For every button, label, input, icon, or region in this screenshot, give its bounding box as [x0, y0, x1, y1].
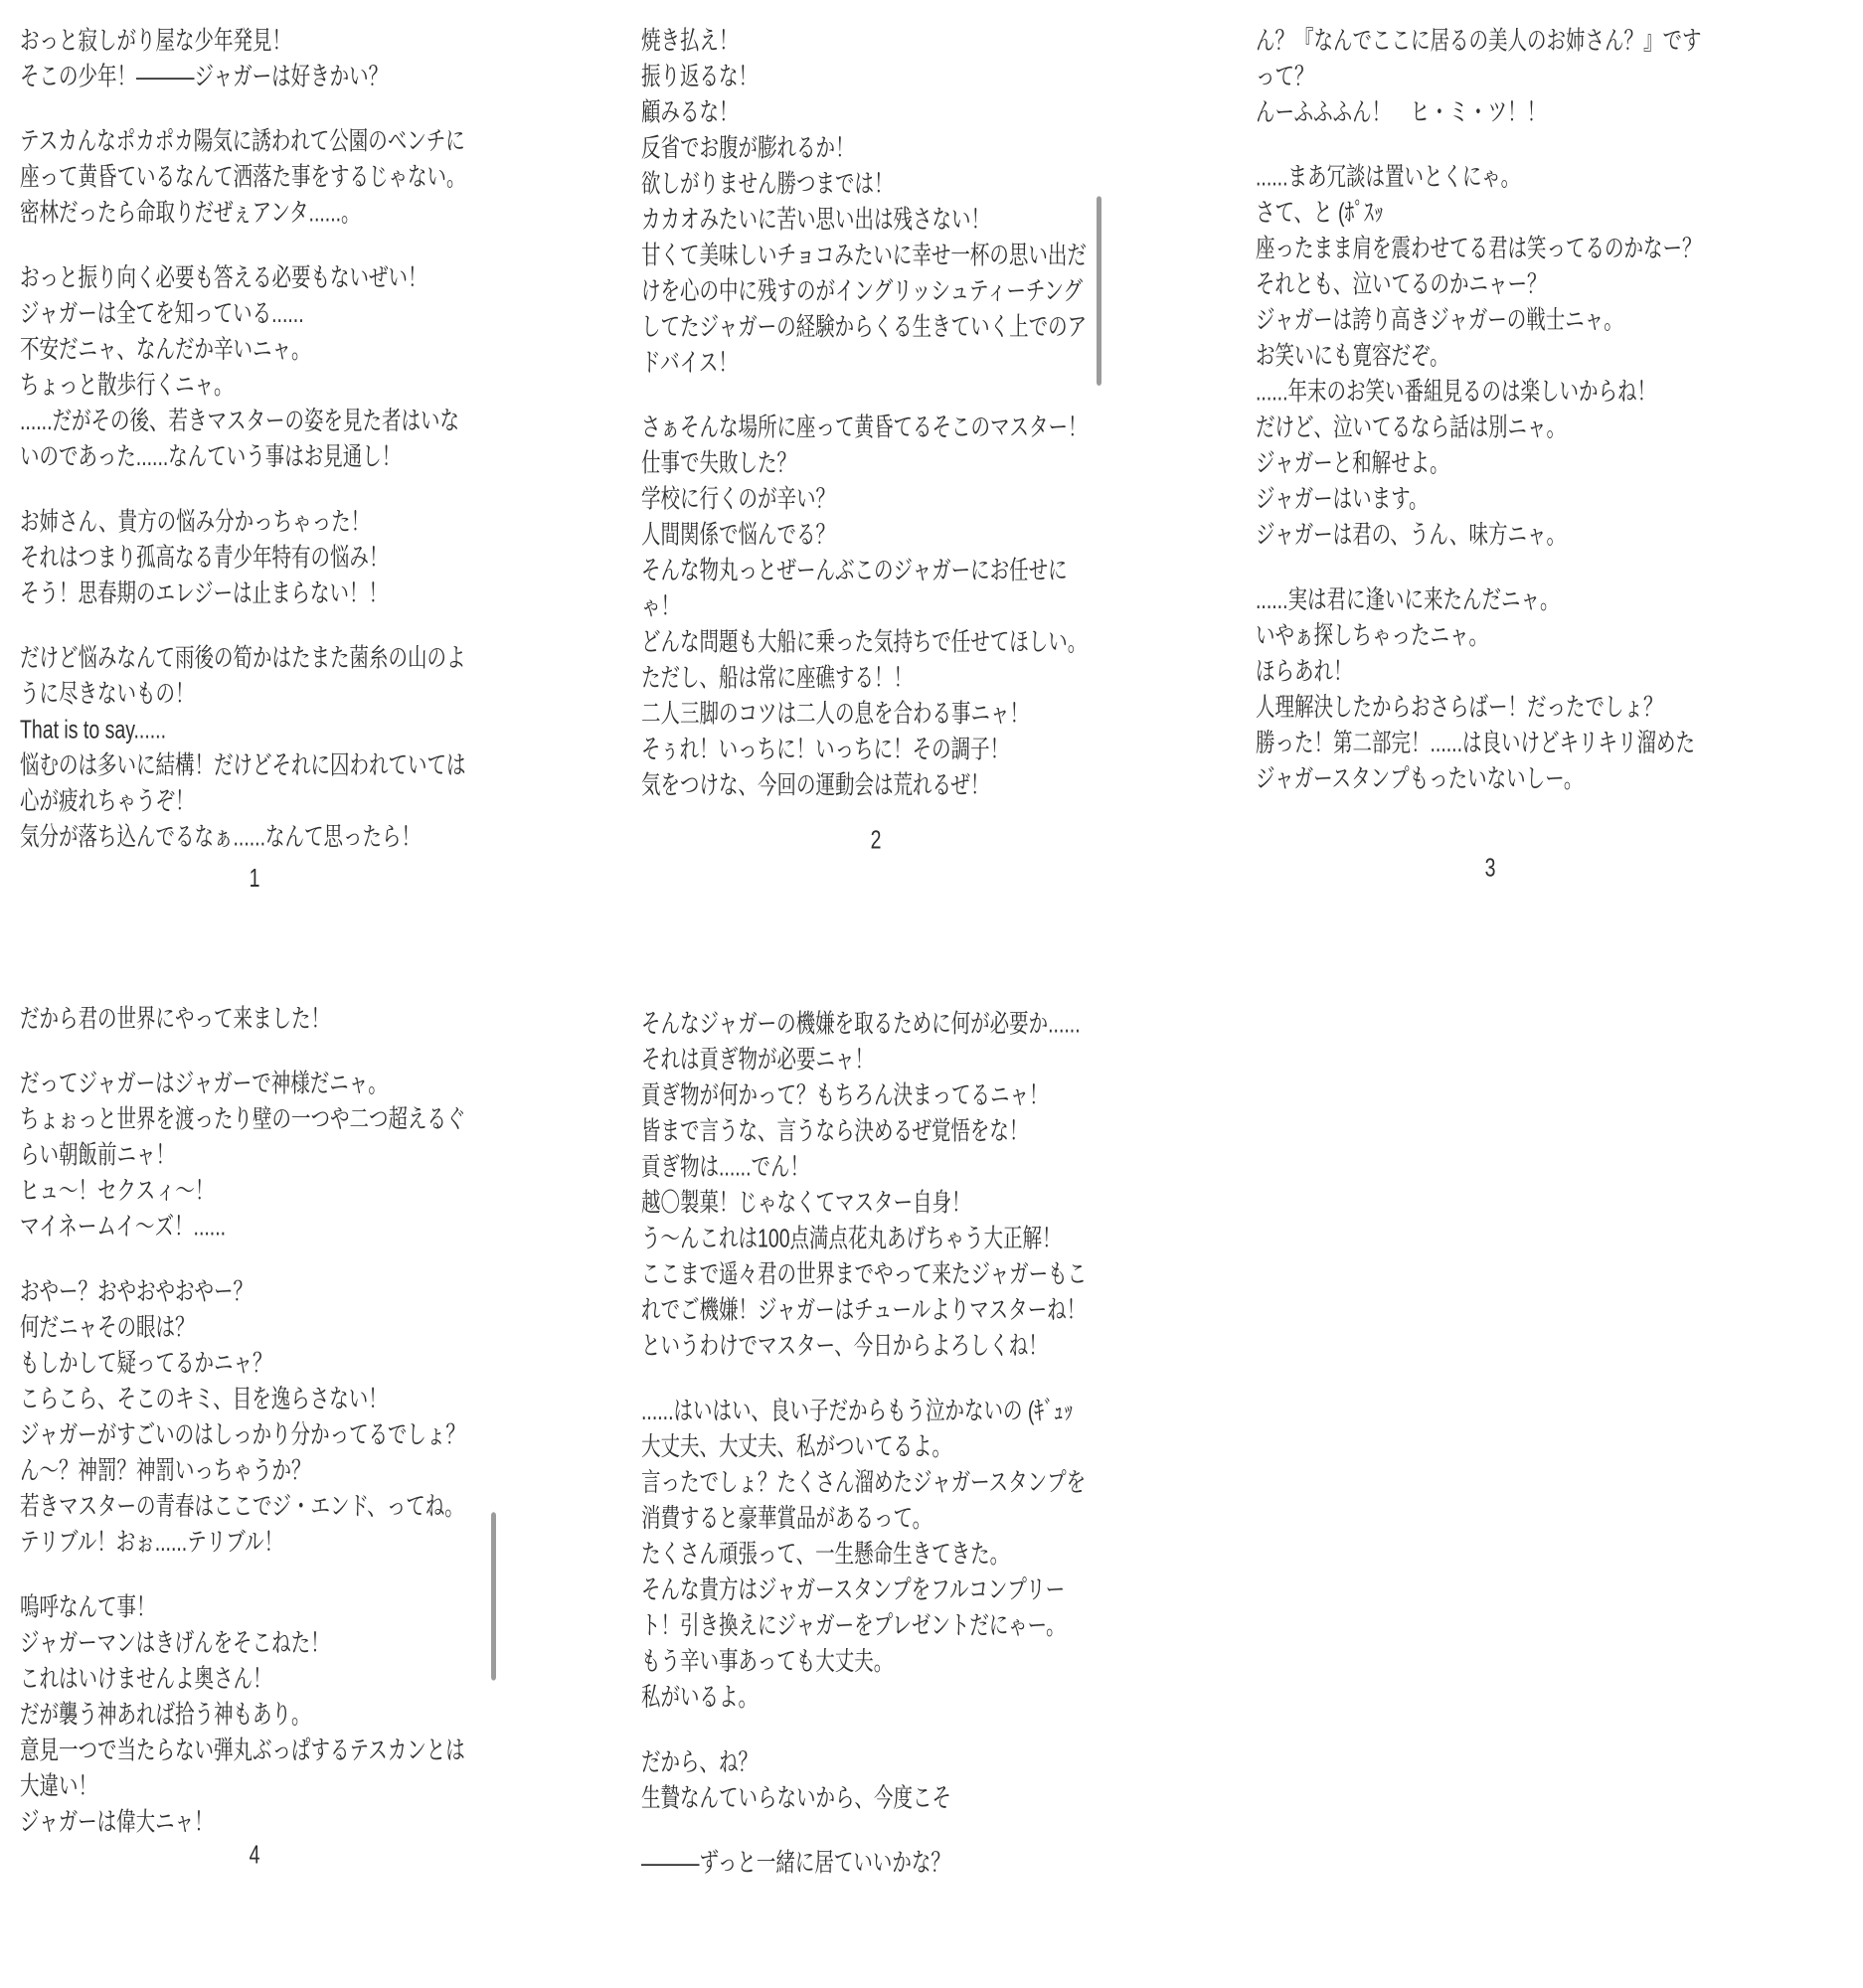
text-line: いやぁ探しちゃったニャ。 — [1256, 619, 1753, 655]
text-line: 人理解決したからおさらばー！だったでしょ？ — [1256, 691, 1753, 727]
text-line: そう！思春期のエレジーは止まらない！！ — [20, 577, 517, 612]
text-line: そんなジャガーの機嫌を取るために何が必要か...... — [641, 1007, 1138, 1043]
text-line: 密林だったら命取りだぜぇアンタ......。 — [20, 196, 517, 232]
text-line: いのであった......なんていう事はお見通し！ — [20, 440, 517, 476]
text-line: 大丈夫、大丈夫、私がついてるよ。 — [641, 1430, 1138, 1466]
text-line: 意見一つで当たらない弾丸ぶっぱするテスカンとは — [20, 1734, 517, 1769]
page-3-text: ん？『なんでここに居るの美人のお姉さん？』ですって？んーふふふん！ ヒ・ミ・ツ！… — [1256, 24, 1753, 798]
text-line: そんな貴方はジャガースタンプをフルコンプリー — [641, 1574, 1138, 1609]
text-line: 座ったまま肩を震わせてる君は笑ってるのかなー？ — [1256, 232, 1753, 267]
text-line: おやー？おやおやおやー？ — [20, 1275, 517, 1311]
page-edge-divider-bottom — [491, 1512, 496, 1680]
text-line: テリブル！おぉ......テリブル！ — [20, 1526, 517, 1562]
text-line: That is to say...... — [20, 713, 517, 748]
text-line: マイネームイ～ズ！...... — [20, 1210, 517, 1245]
text-line: 気をつけな、今回の運動会は荒れるぜ！ — [641, 768, 1138, 804]
text-line: 不安だニャ、なんだか辛いニャ。 — [20, 333, 517, 369]
document-content: おっと寂しがり屋な少年発見！そこの少年！―――ジャガーは好きかい？テスカんなポカ… — [0, 0, 1863, 1988]
text-line: たくさん頑張って、一生懸命生きてきた。 — [641, 1538, 1138, 1574]
text-line: おっと振り向く必要も答える必要もないぜい！ — [20, 261, 517, 297]
page-1: おっと寂しがり屋な少年発見！そこの少年！―――ジャガーは好きかい？テスカんなポカ… — [20, 24, 517, 856]
text-line: ジャガーと和解せよ。 — [1256, 446, 1753, 482]
blank-line — [641, 1817, 1138, 1846]
text-line: ジャガーがすごいのはしっかり分かってるでしょ？ — [20, 1418, 517, 1454]
text-line: ん？『なんでここに居るの美人のお姉さん？』です — [1256, 24, 1753, 60]
text-line: 言ったでしょ？たくさん溜めたジャガースタンプを — [641, 1466, 1138, 1502]
text-line: お笑いにも寛容だぞ。 — [1256, 339, 1753, 375]
page-2-number: 2 — [641, 824, 1110, 856]
text-line: 二人三脚のコツは二人の息を合わる事ニャ！ — [641, 697, 1138, 733]
text-line: ちょぉっと世界を渡ったり壁の一つや二つ超えるぐ — [20, 1102, 517, 1138]
text-line: そんな物丸っとぜーんぶこのジャガーにお任せに — [641, 554, 1138, 589]
text-line: どんな問題も大船に乗った気持ちで任せてほしい。 — [641, 625, 1138, 661]
text-line: ジャガーは君の、うん、味方ニャ。 — [1256, 518, 1753, 554]
text-line: ......だがその後、若きマスターの姿を見た者はいな — [20, 405, 517, 440]
blank-line — [20, 1038, 517, 1067]
blank-line — [20, 95, 517, 124]
page-edge-divider-top — [1097, 196, 1101, 386]
text-line: もう辛い事あっても大丈夫。 — [641, 1645, 1138, 1681]
page-1-text: おっと寂しがり屋な少年発見！そこの少年！―――ジャガーは好きかい？テスカんなポカ… — [20, 24, 517, 856]
text-line: って？ — [1256, 60, 1753, 95]
text-line: ジャガーはいます。 — [1256, 482, 1753, 518]
text-line: 反省でお腹が膨れるか！ — [641, 131, 1138, 167]
text-line: だけど、泣いてるなら話は別ニャ。 — [1256, 411, 1753, 446]
text-line: 消費すると豪華賞品があるって。 — [641, 1502, 1138, 1538]
text-line: ト！引き換えにジャガーをプレゼントだにゃー。 — [641, 1609, 1138, 1645]
page-2: 焼き払え！振り返るな！顧みるな！反省でお腹が膨れるか！欲しがりません勝つまでは！… — [641, 24, 1138, 804]
text-line: う～んこれは100点満点花丸あげちゃう大正解！ — [641, 1222, 1138, 1257]
page-4-number: 4 — [20, 1840, 489, 1872]
text-line: ちょっと散歩行くニャ。 — [20, 369, 517, 405]
text-line: ジャガースタンプもったいないしー。 — [1256, 762, 1753, 798]
text-line: というわけでマスター、今日からよろしくね！ — [641, 1329, 1138, 1365]
text-line: 私がいるよ。 — [641, 1681, 1138, 1717]
blank-line — [641, 1365, 1138, 1394]
page-4: だから君の世界にやって来ました！だってジャガーはジャガーで神様だニャ。ちょぉっと… — [20, 1002, 517, 1841]
text-line: 越〇製菓！じゃなくてマスター自身！ — [641, 1186, 1138, 1222]
text-line: 顧みるな！ — [641, 95, 1138, 131]
text-line: ヒュ～！セクスィ～！ — [20, 1174, 517, 1210]
blank-line — [1256, 131, 1753, 160]
text-line: だってジャガーはジャガーで神様だニャ。 — [20, 1067, 517, 1102]
page-5-text: そんなジャガーの機嫌を取るために何が必要か......それは貢ぎ物が必要ニャ！貢… — [641, 1007, 1138, 1882]
text-line: 欲しがりません勝つまでは！ — [641, 167, 1138, 203]
text-line: ―――ずっと一緒に居ていいかな？ — [641, 1846, 1138, 1882]
text-line: そぅれ！いっちに！いっちに！その調子！ — [641, 733, 1138, 768]
blank-line — [20, 476, 517, 505]
text-line: だけど悩みなんて雨後の筍かはたまた菌糸の山のよ — [20, 641, 517, 677]
text-line: おっと寂しがり屋な少年発見！ — [20, 24, 517, 60]
text-line: ......はいはい、良い子だからもう泣かないの (ｷﾞｭｯ — [641, 1395, 1138, 1430]
text-line: ジャガーは偉大ニャ！ — [20, 1805, 517, 1841]
text-line: だから、ね？ — [641, 1745, 1138, 1781]
page-3-number: 3 — [1256, 852, 1725, 884]
text-line: もしかして疑ってるかニャ？ — [20, 1347, 517, 1383]
text-line: それはつまり孤高なる青少年特有の悩み！ — [20, 541, 517, 577]
text-line: さぁそんな場所に座って黄昏てるそこのマスター！ — [641, 411, 1138, 446]
text-line: ん～？神罰？神罰いっちゃうか？ — [20, 1454, 517, 1490]
text-line: だから君の世界にやって来ました！ — [20, 1002, 517, 1038]
page-1-number: 1 — [20, 863, 489, 895]
blank-line — [20, 232, 517, 260]
page-3: ん？『なんでここに居るの美人のお姉さん？』ですって？んーふふふん！ ヒ・ミ・ツ！… — [1256, 24, 1753, 798]
text-line: だが襲う神あれば拾う神もあり。 — [20, 1698, 517, 1734]
text-line: それとも、泣いてるのかニャー？ — [1256, 267, 1753, 303]
text-line: してたジャガーの経験からくる生きていく上でのア — [641, 310, 1138, 346]
text-line: さて、と (ﾎﾟｽｯ — [1256, 196, 1753, 232]
page-2-text: 焼き払え！振り返るな！顧みるな！反省でお腹が膨れるか！欲しがりません勝つまでは！… — [641, 24, 1138, 804]
blank-line — [20, 612, 517, 641]
text-line: お姉さん、貴方の悩み分かっちゃった！ — [20, 505, 517, 541]
text-line: 勝った！第二部完！......は良いけどキリキリ溜めた — [1256, 727, 1753, 762]
text-line: ここまで遥々君の世界までやって来たジャガーもこ — [641, 1257, 1138, 1293]
text-line: ......まあ冗談は置いとくにゃ。 — [1256, 160, 1753, 196]
text-line: 若きマスターの青春はここでジ・エンド、ってね。 — [20, 1490, 517, 1526]
text-line: それは貢ぎ物が必要ニャ！ — [641, 1043, 1138, 1078]
text-line: カカオみたいに苦い思い出は残さない！ — [641, 203, 1138, 239]
text-line: 大違い！ — [20, 1769, 517, 1805]
text-line: 甘くて美味しいチョコみたいに幸せ一杯の思い出だ — [641, 239, 1138, 274]
text-line: 仕事で失敗した？ — [641, 446, 1138, 482]
text-line: ジャガーマンはきげんをそこねた！ — [20, 1626, 517, 1662]
text-line: 心が疲れちゃうぞ！ — [20, 784, 517, 820]
text-line: ジャガーは誇り高きジャガーの戦士ニャ。 — [1256, 303, 1753, 339]
text-line: 何だニャその眼は？ — [20, 1311, 517, 1347]
blank-line — [641, 382, 1138, 411]
text-line: 貢ぎ物は......でん！ — [641, 1150, 1138, 1186]
text-line: 皆まで言うな、言うなら決めるぜ覚悟をな！ — [641, 1114, 1138, 1150]
text-line: これはいけませんよ奥さん！ — [20, 1662, 517, 1698]
blank-line — [20, 1562, 517, 1590]
text-line: 生贄なんていらないから、今度こそ — [641, 1781, 1138, 1817]
text-line: んーふふふん！ ヒ・ミ・ツ！！ — [1256, 95, 1753, 131]
blank-line — [641, 1717, 1138, 1745]
text-line: ジャガーは全てを知っている...... — [20, 297, 517, 333]
text-line: 振り返るな！ — [641, 60, 1138, 95]
text-line: 悩むのは多いに結構！だけどそれに囚われていては — [20, 748, 517, 784]
document-canvas: おっと寂しがり屋な少年発見！そこの少年！―――ジャガーは好きかい？テスカんなポカ… — [0, 0, 1863, 1988]
text-line: 焼き払え！ — [641, 24, 1138, 60]
text-line: ゃ！ — [641, 589, 1138, 625]
text-line: うに尽きないもの！ — [20, 677, 517, 713]
text-line: そこの少年！―――ジャガーは好きかい？ — [20, 60, 517, 95]
text-line: 人間関係で悩んでる？ — [641, 518, 1138, 554]
text-line: こらこら、そこのキミ、目を逸らさない！ — [20, 1383, 517, 1418]
text-line: テスカんなポカポカ陽気に誘われて公園のベンチに — [20, 124, 517, 160]
text-line: ただし、船は常に座礁する！！ — [641, 661, 1138, 697]
text-line: 嗚呼なんて事！ — [20, 1590, 517, 1626]
page-4-text: だから君の世界にやって来ました！だってジャガーはジャガーで神様だニャ。ちょぉっと… — [20, 1002, 517, 1841]
blank-line — [1256, 554, 1753, 582]
text-line: れでご機嫌！ジャガーはチュールよりマスターね！ — [641, 1293, 1138, 1329]
blank-line — [20, 1245, 517, 1274]
text-line: 気分が落ち込んでるなぁ......なんて思ったら！ — [20, 820, 517, 856]
page-5: そんなジャガーの機嫌を取るために何が必要か......それは貢ぎ物が必要ニャ！貢… — [641, 1007, 1138, 1882]
text-line: 座って黄昏ているなんて洒落た事をするじゃない。 — [20, 160, 517, 196]
text-line: ドバイス！ — [641, 346, 1138, 382]
text-line: ......実は君に逢いに来たんだニャ。 — [1256, 583, 1753, 619]
text-line: ほらあれ！ — [1256, 655, 1753, 691]
text-line: けを心の中に残すのがイングリッシュティーチング — [641, 274, 1138, 310]
text-line: ......年末のお笑い番組見るのは楽しいからね！ — [1256, 375, 1753, 411]
text-line: 貢ぎ物が何かって？もちろん決まってるニャ！ — [641, 1078, 1138, 1114]
text-line: らい朝飯前ニャ！ — [20, 1138, 517, 1174]
text-line: 学校に行くのが辛い？ — [641, 482, 1138, 518]
